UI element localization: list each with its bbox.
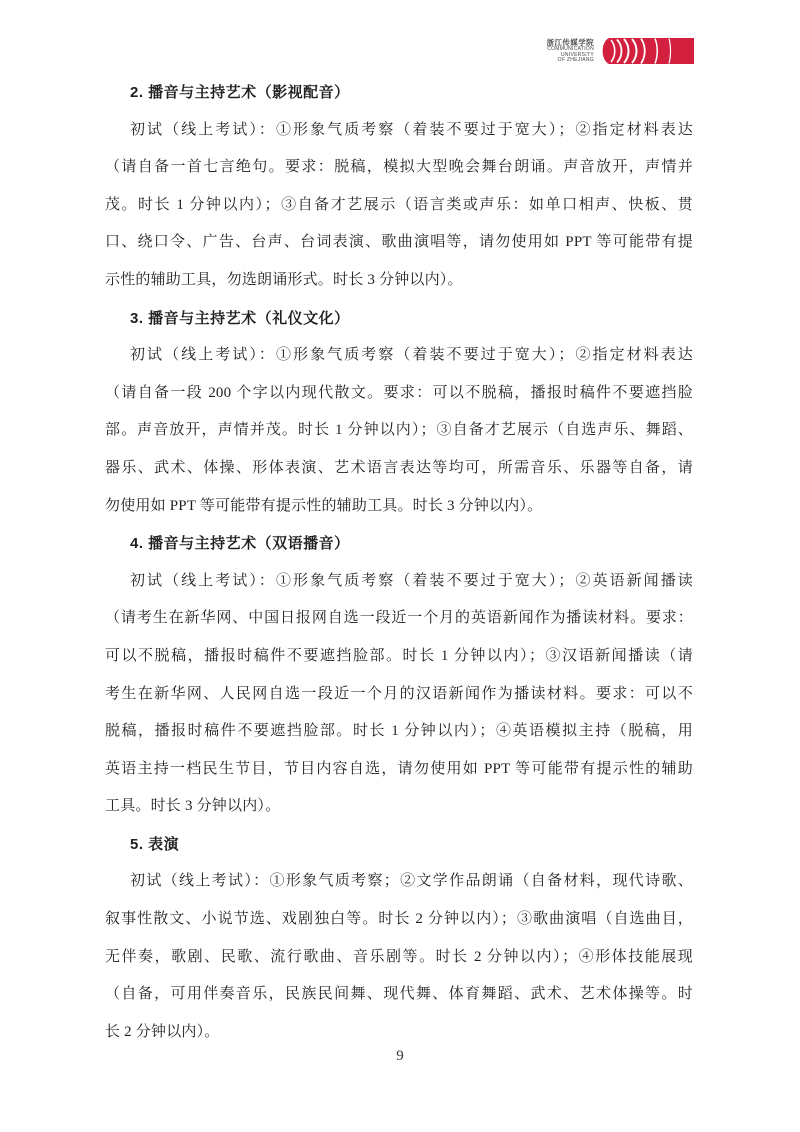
text-line: 勿使用如 PPT 等可能带有提示性的辅助工具。时长 3 分钟以内）。 bbox=[105, 488, 693, 526]
document-page: 浙江传媒学院 COMMUNICATION UNIVERSITY OF ZHEJI… bbox=[0, 0, 800, 1132]
section-heading-etiquette: 3. 播音与主持艺术（礼仪文化） bbox=[105, 300, 693, 338]
document-body: 2. 播音与主持艺术（影视配音） 初试（线上考试）：①形象气质考察（着装不要过于… bbox=[105, 74, 693, 1051]
text-line: 初试（线上考试）：①形象气质考察（着装不要过于宽大）；②英语新闻播读 bbox=[105, 563, 693, 601]
university-logo: 浙江传媒学院 COMMUNICATION UNIVERSITY OF ZHEJI… bbox=[546, 38, 694, 64]
text-line: 可以不脱稿，播报时稿件不要遮挡脸部。时长 1 分钟以内）；③汉语新闻播读（请 bbox=[105, 638, 693, 676]
text-line: 无伴奏，歌剧、民歌、流行歌曲、音乐剧等。时长 2 分钟以内）；④形体技能展现 bbox=[105, 939, 693, 977]
text-line: 长 2 分钟以内）。 bbox=[105, 1014, 693, 1052]
text-line: 示性的辅助工具，勿选朗诵形式。时长 3 分钟以内）。 bbox=[105, 262, 693, 300]
text-line: 初试（线上考试）：①形象气质考察；②文学作品朗诵（自备材料，现代诗歌、 bbox=[105, 863, 693, 901]
university-logo-text: 浙江传媒学院 COMMUNICATION UNIVERSITY OF ZHEJI… bbox=[546, 38, 594, 64]
text-line: （请考生在新华网、中国日报网自选一段近一个月的英语新闻作为播读材料。要求： bbox=[105, 600, 693, 638]
text-line: 叙事性散文、小说节选、戏剧独白等。时长 2 分钟以内）；③歌曲演唱（自选曲目， bbox=[105, 901, 693, 939]
text-line: 英语主持一档民生节目，节目内容自选，请勿使用如 PPT 等可能带有提示性的辅助 bbox=[105, 751, 693, 789]
text-line: 工具。时长 3 分钟以内）。 bbox=[105, 788, 693, 826]
text-line: 脱稿，播报时稿件不要遮挡脸部。时长 1 分钟以内）；④英语模拟主持（脱稿，用 bbox=[105, 713, 693, 751]
text-line: 茂。时长 1 分钟以内）；③自备才艺展示（语言类或声乐：如单口相声、快板、贯 bbox=[105, 187, 693, 225]
text-line: （请自备一首七言绝句。要求：脱稿，模拟大型晚会舞台朗诵。声音放开，声情并 bbox=[105, 149, 693, 187]
university-name-english-line3: OF ZHEJIANG bbox=[546, 58, 594, 64]
soundwave-logo-icon bbox=[599, 38, 694, 64]
text-line: 器乐、武术、体操、形体表演、艺术语言表达等均可，所需音乐、乐器等自备，请 bbox=[105, 450, 693, 488]
text-line: 初试（线上考试）：①形象气质考察（着装不要过于宽大）；②指定材料表达 bbox=[105, 112, 693, 150]
page-number: 9 bbox=[0, 1048, 800, 1065]
text-line: 初试（线上考试）：①形象气质考察（着装不要过于宽大）；②指定材料表达 bbox=[105, 337, 693, 375]
text-line: （自备，可用伴奏音乐，民族民间舞、现代舞、体育舞蹈、武术、艺术体操等。时 bbox=[105, 976, 693, 1014]
text-line: 口、绕口令、广告、台声、台词表演、歌曲演唱等，请勿使用如 PPT 等可能带有提 bbox=[105, 224, 693, 262]
text-line: 考生在新华网、人民网自选一段近一个月的汉语新闻作为播读材料。要求：可以不 bbox=[105, 676, 693, 714]
text-line: 部。声音放开，声情并茂。时长 1 分钟以内）；③自备才艺展示（自选声乐、舞蹈、 bbox=[105, 412, 693, 450]
section-heading-performance: 5. 表演 bbox=[105, 826, 693, 864]
section-heading-dubbing: 2. 播音与主持艺术（影视配音） bbox=[105, 74, 693, 112]
text-line: （请自备一段 200 个字以内现代散文。要求：可以不脱稿，播报时稿件不要遮挡脸 bbox=[105, 375, 693, 413]
section-heading-bilingual: 4. 播音与主持艺术（双语播音） bbox=[105, 525, 693, 563]
